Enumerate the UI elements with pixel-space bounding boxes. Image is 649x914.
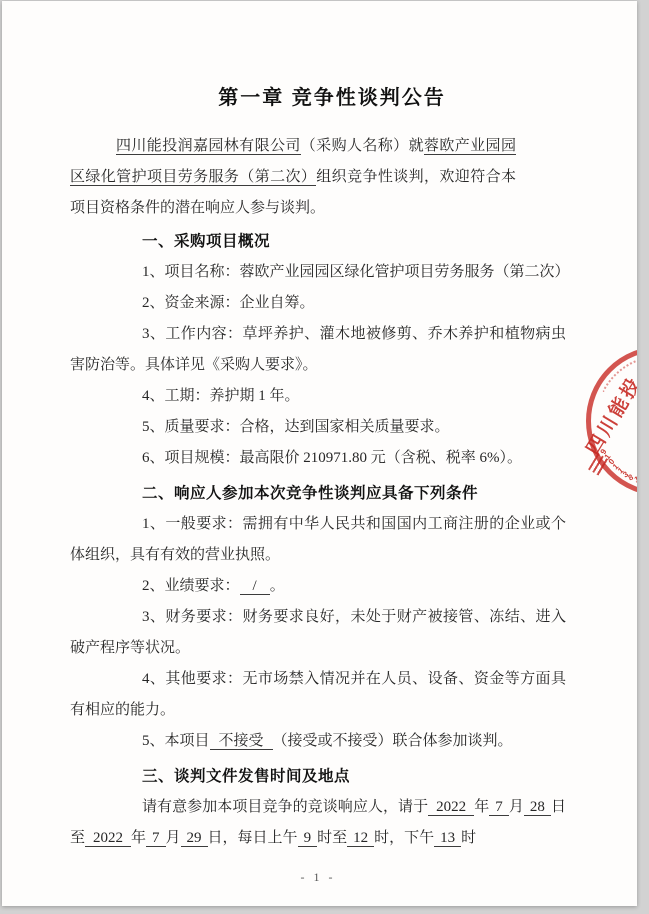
sale-pre: 请有意参加本项目竞争的竞谈响应人，请于 <box>142 799 428 815</box>
section2-item-consortium: 5、本项目不接受（接受或不接受）联合体参加谈判。 <box>70 726 566 757</box>
sale-seg4: 时至 <box>317 830 347 846</box>
document-page: 第一章 竞争性谈判公告 四川能投润嘉园林有限公司（采购人名称）就蓉欧产业园园区绿… <box>2 1 637 906</box>
company-seal-stamp: 四川能投 91011381 <box>586 346 637 496</box>
sale-seg5: 时，下午 <box>374 830 434 846</box>
section1-item-funding: 2、资金来源：企业自筹。 <box>70 288 566 319</box>
stamp-serial-digit: 1 <box>632 475 637 485</box>
sale-m2-suffix: 月 <box>166 830 181 846</box>
stamp-company-text: 四川能投 <box>564 345 637 488</box>
stamp-ring <box>586 346 637 496</box>
performance-blank: / <box>240 578 270 595</box>
stamp-serial-digit: 3 <box>620 469 631 480</box>
sale-hour3-blank: 13 <box>434 830 461 847</box>
page-title: 第一章 竞争性谈判公告 <box>84 85 580 111</box>
performance-period: 。 <box>270 578 285 594</box>
stamp-serial-digit: 1 <box>610 461 621 472</box>
section3-sale-paragraph: 请有意参加本项目竞争的竞谈响应人，请于2022年7月28日至2022年7月29日… <box>70 792 566 854</box>
purchaser-name: 四川能投润嘉园林有限公司 <box>116 138 301 155</box>
sale-year2-blank: 2022 <box>85 830 131 847</box>
document-content: 第一章 竞争性谈判公告 四川能投润嘉园林有限公司（采购人名称）就蓉欧产业园园区绿… <box>70 1 566 893</box>
section2-item-finance: 3、财务要求：财务要求良好，未处于财产被接管、冻结、进入破产程序等状况。 <box>70 602 566 664</box>
sale-y2-suffix: 年 <box>131 830 146 846</box>
sale-day1-blank: 28 <box>524 799 551 816</box>
stamp-inner-arc-text <box>595 355 637 487</box>
section2-item-performance: 2、业绩要求：/。 <box>70 571 566 602</box>
consortium-choice: 不接受 <box>210 733 273 750</box>
sale-month2-blank: 7 <box>146 830 166 847</box>
section1-item-project-name: 1、项目名称：蓉欧产业园园区绿化管护项目劳务服务（第二次） <box>70 257 566 288</box>
page-number: - 1 - <box>70 862 566 893</box>
stamp-serial-digit: 8 <box>626 473 637 484</box>
stamp-serial: 91011381 <box>586 346 637 496</box>
sale-day2-blank: 29 <box>181 830 208 847</box>
stamp-serial-digit: 9 <box>599 447 610 458</box>
sale-y1-suffix: 年 <box>474 799 489 815</box>
section1-item-duration: 4、工期：养护期 1 年。 <box>70 381 566 412</box>
section1-item-work-content: 3、工作内容：草坪养护、灌木地被修剪、乔木养护和植物病虫害防治等。具体详见《采购… <box>70 319 566 381</box>
sale-seg6: 时 <box>461 830 476 846</box>
section1-item-scale: 6、项目规模：最高限价 210971.80 元（含税、税率 6%）。 <box>70 443 566 474</box>
sale-seg3: 日，每日上午 <box>208 830 298 846</box>
sale-year1-blank: 2022 <box>428 799 474 816</box>
stamp-partial-character <box>588 453 609 476</box>
section2-item-other: 4、其他要求：无市场禁入情况并在人员、设备、资金等方面具有相应的能力。 <box>70 664 566 726</box>
consortium-post: （接受或不接受）联合体参加谈判。 <box>273 733 513 749</box>
stamp-serial-digit: 1 <box>602 451 613 462</box>
section1-item-quality: 5、质量要求：合格，达到国家相关质量要求。 <box>70 412 566 443</box>
stamp-serial-digit: 0 <box>606 456 617 467</box>
intro-mid-text: （采购人名称）就 <box>301 138 424 154</box>
stamp-serial-digit: 1 <box>615 465 626 476</box>
sale-hour2-blank: 12 <box>347 830 374 847</box>
consortium-pre: 5、本项目 <box>142 733 210 749</box>
section2-item-general: 1、一般要求：需拥有中华人民共和国国内工商注册的企业或个体组织，具有有效的营业执… <box>70 509 566 571</box>
sale-hour1-blank: 9 <box>298 830 318 847</box>
section2-heading: 二、响应人参加本次竞争性谈判应具备下列条件 <box>70 478 566 509</box>
section1-heading: 一、采购项目概况 <box>70 226 566 257</box>
intro-paragraph: 四川能投润嘉园林有限公司（采购人名称）就蓉欧产业园园区绿化管护项目劳务服务（第二… <box>70 131 566 224</box>
scanned-document-canvas: { "document": { "title": "第一章 竞争性谈判公告", … <box>0 0 649 914</box>
sale-month1-blank: 7 <box>489 799 509 816</box>
section3-heading: 三、谈判文件发售时间及地点 <box>70 761 566 792</box>
sale-m1-suffix: 月 <box>509 799 524 815</box>
performance-label: 2、业绩要求： <box>142 578 240 594</box>
